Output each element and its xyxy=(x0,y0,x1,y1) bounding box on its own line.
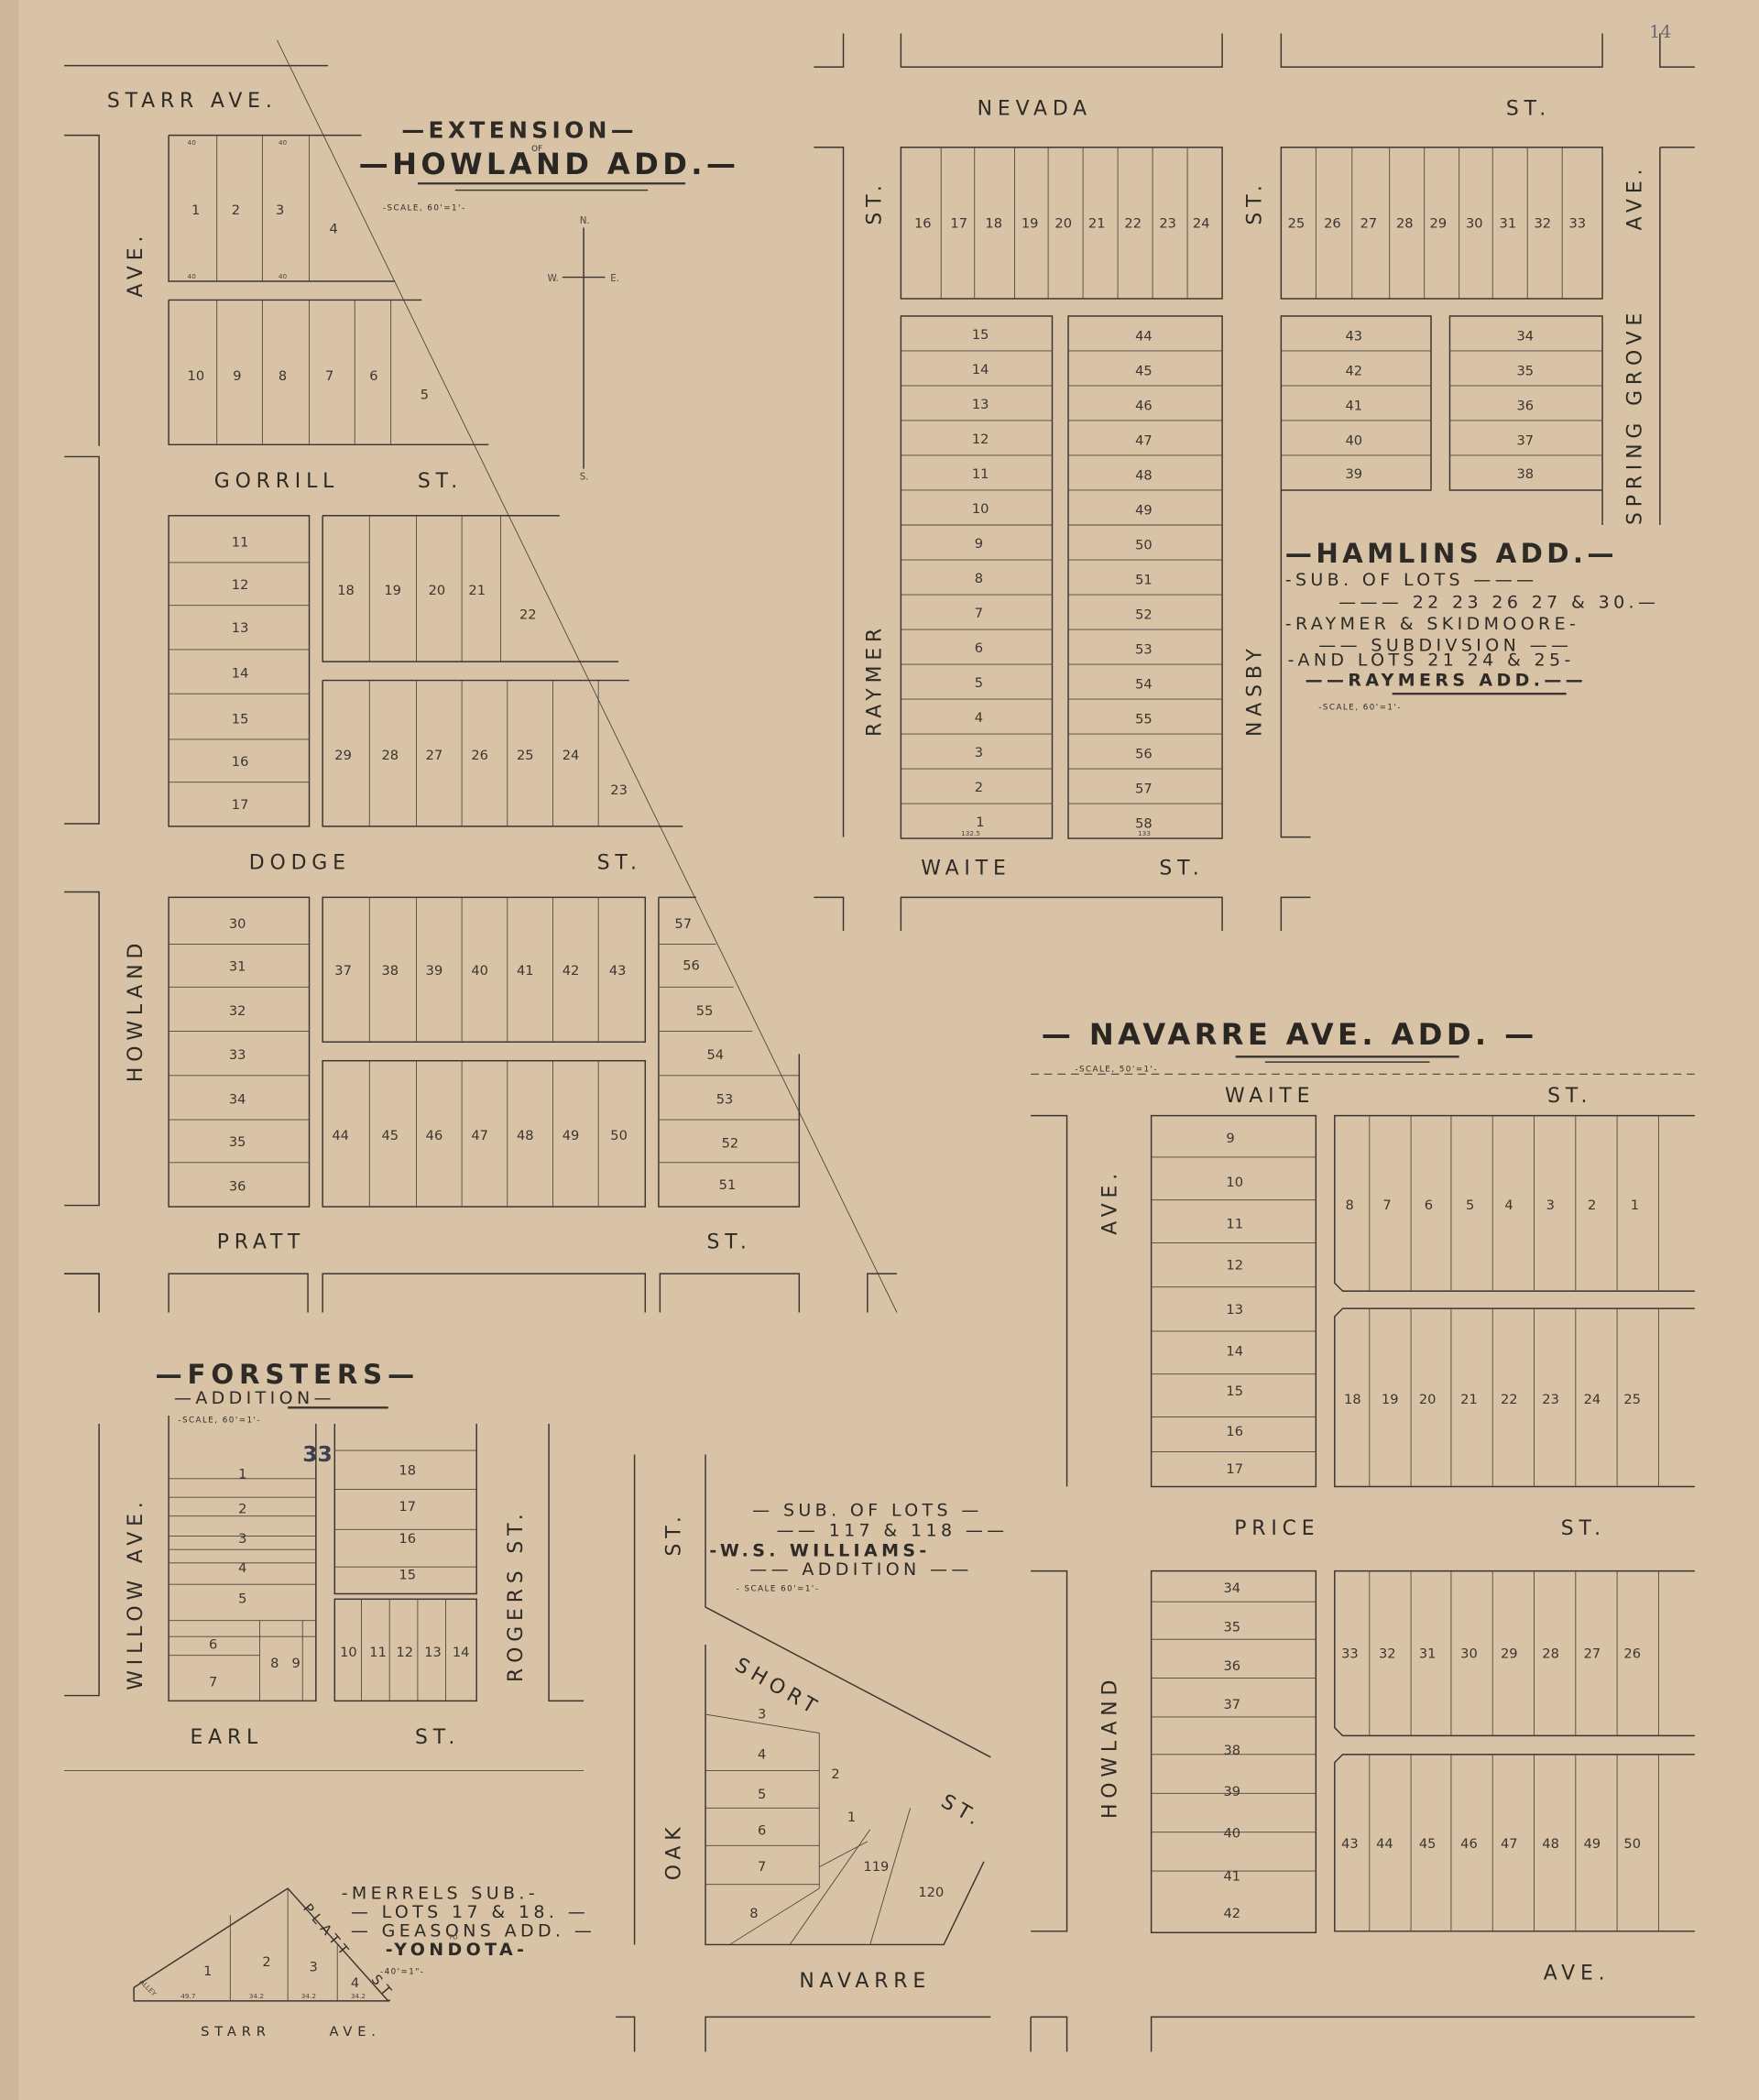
svg-text:37: 37 xyxy=(334,963,352,979)
svg-text:13: 13 xyxy=(972,397,989,412)
svg-text:43: 43 xyxy=(609,963,627,979)
svg-text:8: 8 xyxy=(279,368,287,384)
svg-text:39: 39 xyxy=(426,963,443,979)
svg-text:9: 9 xyxy=(975,536,983,552)
svg-text:7: 7 xyxy=(1382,1198,1391,1213)
street-label-dodge: DODGE xyxy=(249,852,351,875)
svg-text:50: 50 xyxy=(610,1128,628,1143)
svg-text:43: 43 xyxy=(1345,328,1362,344)
svg-text:AVE.: AVE. xyxy=(1099,1168,1122,1235)
svg-text:26: 26 xyxy=(471,748,488,763)
svg-text:E.: E. xyxy=(610,274,619,284)
svg-text:39: 39 xyxy=(1224,1784,1241,1799)
svg-text:16: 16 xyxy=(914,215,932,231)
svg-text:17: 17 xyxy=(232,797,249,813)
svg-text:3: 3 xyxy=(758,1706,766,1722)
svg-text:2: 2 xyxy=(238,1502,246,1517)
svg-text:6: 6 xyxy=(369,368,377,384)
svg-text:34: 34 xyxy=(1517,328,1535,344)
svg-text:15: 15 xyxy=(1226,1384,1243,1399)
svg-text:-SCALE, 60'=1'-: -SCALE, 60'=1'- xyxy=(178,1416,261,1425)
svg-text:54: 54 xyxy=(1135,676,1153,692)
svg-text:47: 47 xyxy=(1501,1836,1518,1852)
street-label-rogers-st: ROGERS ST. xyxy=(505,1508,528,1682)
svg-text:35: 35 xyxy=(1224,1619,1241,1635)
title-merrels-sub: -MERRELS SUB.- xyxy=(342,1884,539,1904)
svg-text:-SCALE, 50'=1'-: -SCALE, 50'=1'- xyxy=(1075,1065,1158,1074)
plat-map: 14 STARR AVE. AVE. HOWLAND 1 2 3 4 40 40… xyxy=(0,0,1759,2100)
svg-text:40: 40 xyxy=(279,138,288,147)
svg-text:S.: S. xyxy=(580,472,589,482)
svg-text:6: 6 xyxy=(209,1636,217,1652)
svg-text:12: 12 xyxy=(1226,1258,1243,1274)
svg-text:-SUB. OF LOTS ———: -SUB. OF LOTS ——— xyxy=(1285,570,1538,590)
svg-text:4: 4 xyxy=(758,1746,766,1762)
svg-text:4: 4 xyxy=(351,1975,359,1991)
svg-text:120: 120 xyxy=(918,1885,944,1900)
svg-text:33: 33 xyxy=(229,1047,246,1063)
svg-text:10: 10 xyxy=(972,501,989,517)
svg-text:6: 6 xyxy=(758,1823,766,1839)
svg-text:3: 3 xyxy=(238,1531,246,1547)
svg-text:29: 29 xyxy=(1501,1646,1518,1662)
svg-text:3: 3 xyxy=(310,1960,318,1975)
svg-text:-40'=1"-: -40'=1"- xyxy=(380,1968,424,1977)
svg-text:133: 133 xyxy=(1138,829,1151,837)
svg-text:40: 40 xyxy=(1345,432,1362,448)
svg-text:57: 57 xyxy=(674,916,692,932)
svg-text:34.2: 34.2 xyxy=(351,1992,366,2000)
svg-text:13: 13 xyxy=(424,1645,442,1660)
street-label-starr-ave: STARR AVE. xyxy=(107,90,278,113)
svg-text:20: 20 xyxy=(429,583,446,598)
svg-text:39: 39 xyxy=(1345,466,1362,482)
street-label-earl: EARL xyxy=(190,1726,263,1749)
title-navarre-add: — NAVARRE AVE. ADD. — xyxy=(1042,1017,1538,1052)
svg-text:45: 45 xyxy=(1135,363,1153,378)
svg-text:34: 34 xyxy=(1224,1580,1241,1596)
svg-text:— LOTS 17 & 18. —: — LOTS 17 & 18. — xyxy=(351,1902,589,1922)
svg-text:30: 30 xyxy=(229,916,246,932)
svg-text:11: 11 xyxy=(369,1645,387,1660)
svg-text:12: 12 xyxy=(972,432,989,447)
svg-text:22: 22 xyxy=(1501,1392,1518,1407)
svg-text:18: 18 xyxy=(399,1462,416,1478)
title-forsters: —FORSTERS— xyxy=(155,1359,420,1390)
svg-text:32: 32 xyxy=(1535,215,1552,231)
svg-text:28: 28 xyxy=(381,748,399,763)
svg-text:26: 26 xyxy=(1623,1646,1641,1662)
svg-text:ST.: ST. xyxy=(1561,1517,1606,1540)
block-number-33: 33 xyxy=(302,1441,333,1467)
svg-text:19: 19 xyxy=(1382,1392,1399,1407)
svg-text:31: 31 xyxy=(229,959,246,975)
svg-text:48: 48 xyxy=(1135,467,1153,483)
svg-text:49: 49 xyxy=(1584,1836,1601,1852)
svg-text:46: 46 xyxy=(1460,1836,1478,1852)
svg-text:3: 3 xyxy=(1546,1198,1555,1213)
svg-text:4: 4 xyxy=(1504,1198,1513,1213)
svg-text:41: 41 xyxy=(517,963,534,979)
svg-text:40: 40 xyxy=(188,138,197,147)
svg-text:6: 6 xyxy=(1425,1198,1433,1213)
svg-text:13: 13 xyxy=(232,620,249,636)
svg-text:55: 55 xyxy=(696,1003,714,1019)
svg-text:13: 13 xyxy=(1226,1302,1243,1318)
svg-text:10: 10 xyxy=(340,1645,357,1660)
svg-text:26: 26 xyxy=(1324,215,1341,231)
street-label-pratt: PRATT xyxy=(217,1230,305,1253)
svg-text:41: 41 xyxy=(1345,398,1362,413)
svg-text:23: 23 xyxy=(610,782,628,798)
svg-text:42: 42 xyxy=(1345,363,1362,378)
svg-text:3: 3 xyxy=(276,202,284,218)
svg-text:-RAYMER & SKIDMOORE-: -RAYMER & SKIDMOORE- xyxy=(1285,614,1579,634)
svg-text:21: 21 xyxy=(1088,215,1106,231)
svg-text:16: 16 xyxy=(1226,1424,1243,1439)
svg-text:W.: W. xyxy=(548,274,559,284)
street-label-ave: AVE. xyxy=(125,231,147,298)
svg-text:31: 31 xyxy=(1500,215,1517,231)
svg-text:49: 49 xyxy=(1135,502,1153,518)
navarre-left-top-lots: 9 10 11 12 13 14 15 16 17 xyxy=(1226,1131,1243,1477)
street-label-raymer: RAYMER xyxy=(863,623,886,737)
svg-text:7: 7 xyxy=(758,1859,766,1875)
svg-text:AVE.: AVE. xyxy=(329,2024,380,2040)
street-label-waite-upper: WAITE xyxy=(921,858,1011,880)
svg-text:34.2: 34.2 xyxy=(301,1992,316,2000)
svg-text:11: 11 xyxy=(232,534,249,550)
svg-text:-SCALE, 60'=1'-: -SCALE, 60'=1'- xyxy=(1318,704,1402,713)
svg-text:9: 9 xyxy=(292,1656,300,1671)
svg-text:37: 37 xyxy=(1517,432,1535,448)
svg-text:20: 20 xyxy=(1054,215,1072,231)
svg-text:8: 8 xyxy=(749,1906,758,1921)
svg-text:11: 11 xyxy=(1226,1216,1243,1231)
svg-text:1: 1 xyxy=(847,1810,856,1825)
svg-text:31: 31 xyxy=(1419,1646,1437,1662)
svg-text:35: 35 xyxy=(229,1134,246,1150)
svg-text:25: 25 xyxy=(517,748,534,763)
svg-text:52: 52 xyxy=(722,1136,739,1152)
svg-text:18: 18 xyxy=(337,583,355,598)
svg-text:1: 1 xyxy=(976,815,984,830)
svg-text:50: 50 xyxy=(1135,537,1153,552)
svg-text:36: 36 xyxy=(229,1178,246,1194)
svg-text:ST.: ST. xyxy=(415,1726,460,1749)
svg-text:7: 7 xyxy=(975,606,983,621)
svg-text:ST.: ST. xyxy=(597,852,642,875)
svg-text:- SCALE 60'=1'-: - SCALE 60'=1'- xyxy=(737,1585,820,1594)
svg-text:47: 47 xyxy=(1135,432,1153,448)
svg-text:30: 30 xyxy=(1460,1646,1478,1662)
svg-text:17: 17 xyxy=(399,1499,416,1515)
svg-text:45: 45 xyxy=(381,1128,399,1143)
svg-text:20: 20 xyxy=(1419,1392,1437,1407)
svg-text:30: 30 xyxy=(1466,215,1483,231)
svg-text:-AND LOTS 21 24 & 25-: -AND LOTS 21 24 & 25- xyxy=(1288,650,1575,670)
svg-text:40: 40 xyxy=(1224,1825,1241,1841)
svg-text:34.2: 34.2 xyxy=(249,1992,264,2000)
svg-text:16: 16 xyxy=(232,754,249,770)
svg-text:23: 23 xyxy=(1542,1392,1559,1407)
svg-text:54: 54 xyxy=(707,1047,725,1063)
svg-text:16: 16 xyxy=(399,1531,416,1547)
svg-text:33: 33 xyxy=(1569,215,1587,231)
street-label-gorrill: GORRILL xyxy=(214,470,339,493)
svg-text:25: 25 xyxy=(1623,1392,1641,1407)
svg-text:ST.: ST. xyxy=(418,470,463,493)
svg-text:——— 22 23 26 27 & 30.—: ——— 22 23 26 27 & 30.— xyxy=(1338,593,1659,613)
street-label-navarre-ave: AVE. xyxy=(1544,1962,1611,1985)
svg-text:35: 35 xyxy=(1517,363,1535,378)
nasby-top-lots: 25 26 27 28 29 30 31 32 33 xyxy=(1288,215,1586,231)
svg-text:6: 6 xyxy=(975,640,983,656)
svg-text:AVE.: AVE. xyxy=(1623,164,1646,231)
svg-text:-YONDOTA-: -YONDOTA- xyxy=(386,1940,529,1960)
svg-text:5: 5 xyxy=(1466,1198,1474,1213)
svg-text:1: 1 xyxy=(238,1467,246,1482)
svg-text:43: 43 xyxy=(1341,1836,1359,1852)
svg-text:2: 2 xyxy=(262,1954,270,1970)
svg-text:ST.: ST. xyxy=(707,1230,752,1253)
svg-text:44: 44 xyxy=(1376,1836,1393,1852)
svg-text:15: 15 xyxy=(399,1567,416,1582)
svg-text:24: 24 xyxy=(1584,1392,1601,1407)
svg-text:4: 4 xyxy=(238,1560,246,1576)
scale-label: -SCALE, 60'=1'- xyxy=(383,203,466,213)
svg-text:56: 56 xyxy=(1135,746,1153,761)
svg-text:46: 46 xyxy=(1135,398,1153,413)
svg-text:25: 25 xyxy=(1288,215,1306,231)
svg-text:1: 1 xyxy=(191,202,200,218)
svg-text:18: 18 xyxy=(985,215,1002,231)
street-label-howland: HOWLAND xyxy=(125,938,147,1082)
svg-text:14: 14 xyxy=(453,1645,470,1660)
svg-text:15: 15 xyxy=(232,711,249,727)
svg-text:48: 48 xyxy=(517,1128,534,1143)
street-label-navarre: NAVARRE xyxy=(799,1970,931,1993)
page-binding-edge xyxy=(0,0,18,2100)
svg-text:9: 9 xyxy=(1226,1131,1234,1146)
svg-text:33: 33 xyxy=(1341,1646,1359,1662)
svg-text:49.7: 49.7 xyxy=(180,1992,196,2000)
svg-text:——RAYMERS ADD.——: ——RAYMERS ADD.—— xyxy=(1306,670,1587,690)
svg-text:5: 5 xyxy=(421,388,429,403)
svg-text:47: 47 xyxy=(471,1128,488,1143)
svg-text:53: 53 xyxy=(716,1091,734,1107)
svg-text:51: 51 xyxy=(719,1177,737,1193)
svg-text:57: 57 xyxy=(1135,781,1153,796)
svg-text:8: 8 xyxy=(270,1656,279,1671)
title-howland-add: —HOWLAND ADD.— xyxy=(359,147,740,181)
svg-text:42: 42 xyxy=(563,963,580,979)
street-label-nevada: NEVADA xyxy=(978,98,1092,121)
svg-text:37: 37 xyxy=(1224,1697,1241,1712)
svg-text:7: 7 xyxy=(209,1674,217,1690)
svg-text:28: 28 xyxy=(1396,215,1414,231)
svg-text:ST.: ST. xyxy=(1547,1085,1592,1108)
title-hamlins-add: —HAMLINS ADD.— xyxy=(1285,538,1618,569)
svg-text:14: 14 xyxy=(1226,1343,1243,1359)
svg-text:15: 15 xyxy=(972,327,989,343)
svg-text:STARR: STARR xyxy=(201,2024,271,2040)
svg-text:7: 7 xyxy=(325,368,333,384)
svg-text:8: 8 xyxy=(1345,1198,1353,1213)
svg-text:52: 52 xyxy=(1135,607,1153,622)
street-label-waite-navarre: WAITE xyxy=(1225,1085,1315,1108)
title-extension: —EXTENSION— xyxy=(401,117,638,144)
svg-text:ST.: ST. xyxy=(1159,858,1204,880)
svg-text:41: 41 xyxy=(1224,1868,1241,1884)
svg-text:5: 5 xyxy=(758,1787,766,1802)
svg-text:1: 1 xyxy=(203,1963,212,1979)
svg-text:24: 24 xyxy=(1193,215,1210,231)
svg-text:32: 32 xyxy=(229,1003,246,1019)
svg-text:42: 42 xyxy=(1224,1906,1241,1921)
svg-text:5: 5 xyxy=(238,1591,246,1607)
svg-text:36: 36 xyxy=(1224,1658,1241,1674)
svg-text:55: 55 xyxy=(1135,711,1153,727)
svg-text:29: 29 xyxy=(1430,215,1448,231)
street-label-spring-grove: SPRING GROVE xyxy=(1623,308,1646,525)
svg-text:—— 117 & 118 ——: —— 117 & 118 —— xyxy=(776,1521,1008,1541)
svg-text:2: 2 xyxy=(831,1766,839,1782)
svg-text:23: 23 xyxy=(1159,215,1176,231)
street-label-nasby: NASBY xyxy=(1243,643,1266,737)
svg-text:21: 21 xyxy=(468,583,486,598)
street-label-oak: OAK xyxy=(662,1822,685,1881)
svg-text:3: 3 xyxy=(975,745,983,760)
svg-text:ST.: ST. xyxy=(863,180,886,224)
svg-text:ST.: ST. xyxy=(662,1511,685,1556)
svg-text:48: 48 xyxy=(1542,1836,1559,1852)
svg-text:27: 27 xyxy=(1360,215,1378,231)
svg-text:2: 2 xyxy=(1588,1198,1596,1213)
svg-text:4: 4 xyxy=(975,710,983,726)
svg-text:—ADDITION—: —ADDITION— xyxy=(174,1388,335,1408)
svg-text:14: 14 xyxy=(972,362,989,377)
svg-text:38: 38 xyxy=(1224,1743,1241,1758)
svg-text:44: 44 xyxy=(1135,328,1153,344)
svg-text:38: 38 xyxy=(381,963,399,979)
svg-text:-W.S. WILLIAMS-: -W.S. WILLIAMS- xyxy=(709,1541,930,1561)
svg-text:—— ADDITION ——: —— ADDITION —— xyxy=(749,1559,973,1580)
svg-text:1: 1 xyxy=(1631,1198,1639,1213)
title-williams-sub: — SUB. OF LOTS — xyxy=(752,1501,983,1521)
svg-text:53: 53 xyxy=(1135,641,1153,657)
svg-text:19: 19 xyxy=(1022,215,1039,231)
svg-text:5: 5 xyxy=(975,675,983,691)
svg-text:45: 45 xyxy=(1419,1836,1437,1852)
svg-text:17: 17 xyxy=(950,215,967,231)
svg-text:24: 24 xyxy=(563,748,580,763)
svg-text:2: 2 xyxy=(975,780,983,795)
svg-text:56: 56 xyxy=(683,957,700,973)
svg-text:4: 4 xyxy=(329,221,337,236)
svg-text:119: 119 xyxy=(863,1859,889,1875)
svg-text:9: 9 xyxy=(233,368,241,384)
svg-text:11: 11 xyxy=(972,466,989,482)
svg-text:18: 18 xyxy=(1344,1392,1361,1407)
svg-text:10: 10 xyxy=(1226,1175,1243,1190)
svg-text:44: 44 xyxy=(332,1128,349,1143)
svg-text:12: 12 xyxy=(397,1645,414,1660)
svg-text:N.: N. xyxy=(580,216,590,226)
svg-text:10: 10 xyxy=(188,368,205,384)
svg-text:50: 50 xyxy=(1623,1836,1641,1852)
svg-text:22: 22 xyxy=(519,607,537,622)
svg-text:32: 32 xyxy=(1379,1646,1396,1662)
svg-text:49: 49 xyxy=(563,1128,580,1143)
raymer-top-lots: 16 17 18 19 20 21 22 23 24 xyxy=(914,215,1210,231)
street-label-price: PRICE xyxy=(1234,1517,1319,1540)
raymer-right-lots: 44 45 46 47 48 49 50 51 52 53 54 55 56 5… xyxy=(1135,328,1153,831)
svg-text:14: 14 xyxy=(232,666,249,682)
svg-text:22: 22 xyxy=(1124,215,1142,231)
svg-text:12: 12 xyxy=(232,577,249,593)
svg-text:34: 34 xyxy=(229,1091,246,1107)
svg-text:19: 19 xyxy=(384,583,401,598)
svg-text:132.5: 132.5 xyxy=(961,829,980,837)
svg-text:17: 17 xyxy=(1226,1461,1243,1477)
svg-text:8: 8 xyxy=(975,571,983,586)
svg-text:ST.: ST. xyxy=(1506,98,1551,121)
svg-text:46: 46 xyxy=(426,1128,443,1143)
svg-text:27: 27 xyxy=(426,748,443,763)
navarre-left-bottom-lots: 34 35 36 37 38 39 40 41 42 xyxy=(1224,1580,1241,1921)
svg-text:40: 40 xyxy=(279,272,288,280)
svg-text:36: 36 xyxy=(1517,398,1535,413)
svg-text:28: 28 xyxy=(1542,1646,1559,1662)
svg-text:2: 2 xyxy=(232,202,240,218)
svg-text:29: 29 xyxy=(334,748,352,763)
svg-text:21: 21 xyxy=(1460,1392,1478,1407)
svg-text:27: 27 xyxy=(1584,1646,1601,1662)
svg-text:38: 38 xyxy=(1517,466,1535,482)
svg-text:40: 40 xyxy=(188,272,197,280)
svg-text:— GEASONS ADD. —: — GEASONS ADD. — xyxy=(351,1921,595,1941)
street-label-howland-east: HOWLAND xyxy=(1099,1675,1122,1819)
svg-text:ST.: ST. xyxy=(1243,180,1266,224)
street-label-willow-ave: WILLOW AVE. xyxy=(125,1496,147,1690)
svg-text:40: 40 xyxy=(471,963,488,979)
svg-text:51: 51 xyxy=(1135,572,1153,587)
